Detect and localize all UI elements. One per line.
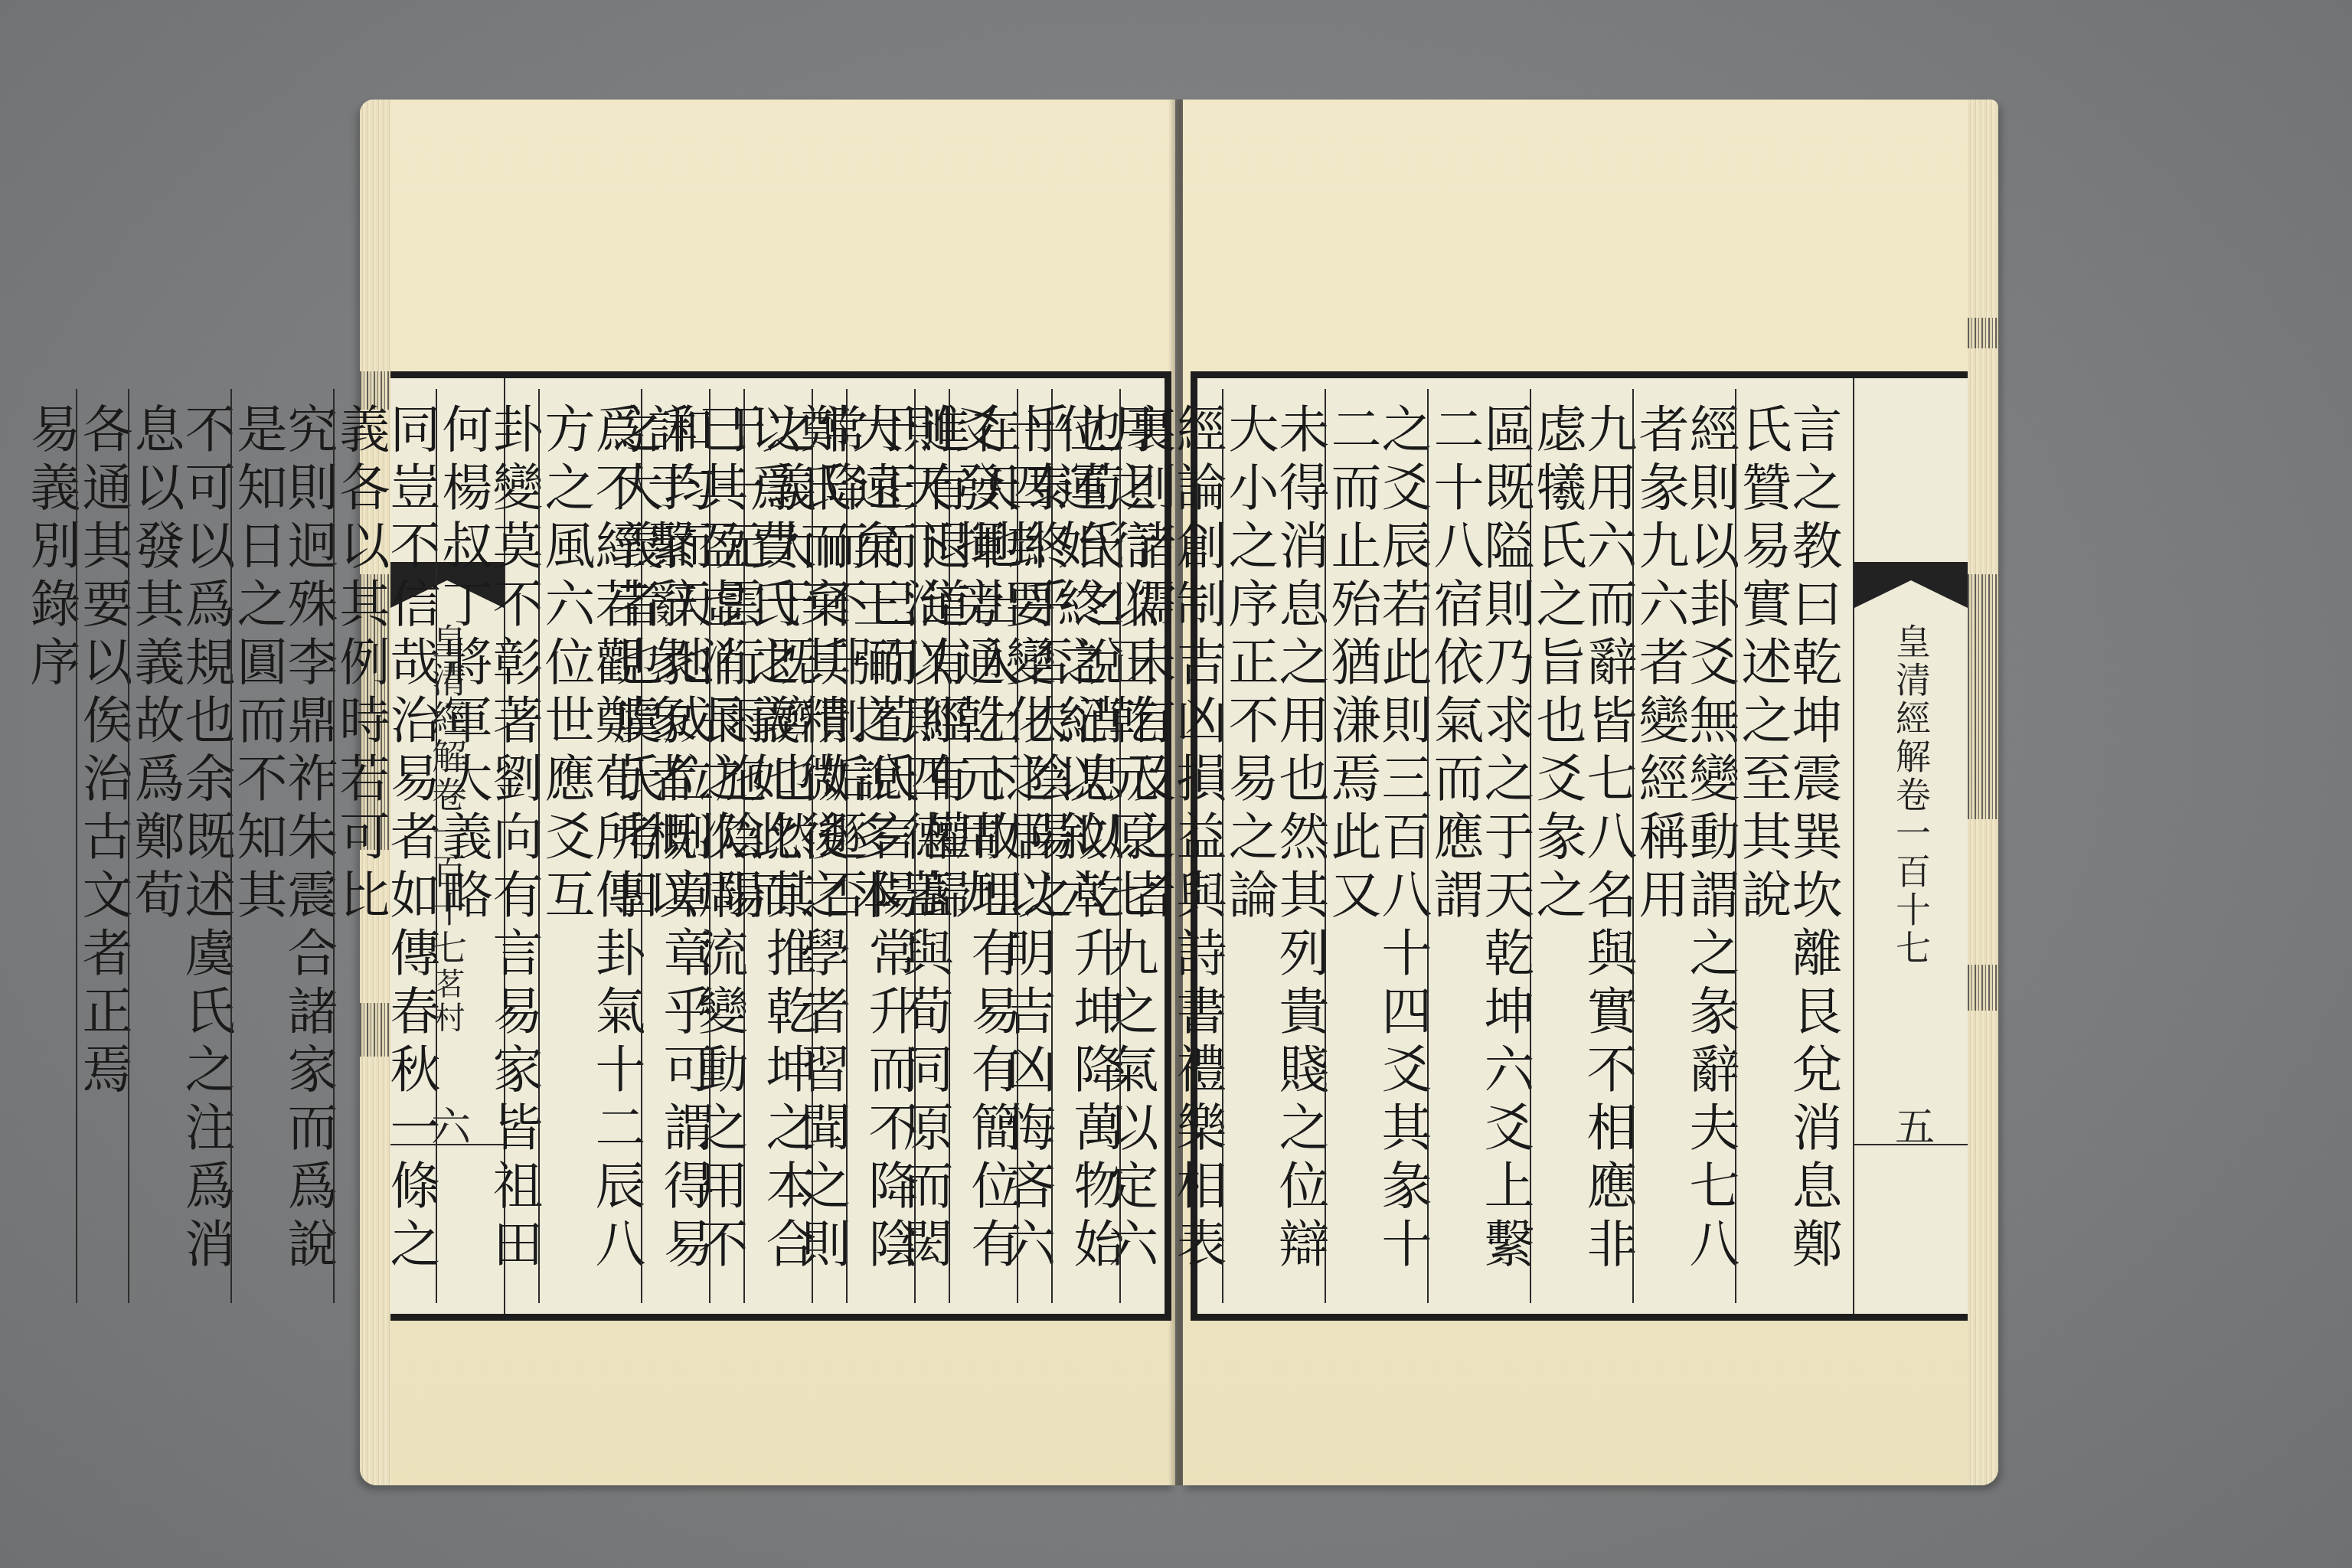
text-column: 區既隘則乃求之于天乾坤六爻上繫二十八宿依氣而應謂 (1427, 389, 1530, 1303)
text-column: 九用六而辭皆七八名與實不相應非虙犧氏之旨也爻彖之 (1530, 389, 1632, 1303)
right-banxin-title: 皇清經解卷一百十七 (1886, 623, 1936, 968)
banxin-divider (1854, 1144, 1968, 1145)
right-banxin: 皇清經解卷一百十七 五 (1853, 378, 1968, 1314)
text-column: 之義大于既濟也然其推乾坤之本合于一元雲行雨施陰陽 (709, 389, 812, 1303)
text-column: 之爻辰若此則三百八十四爻其彖十二而止殆猶溓焉此又 (1325, 389, 1427, 1303)
text-column: 和均而天地成位則章章乎可謂得易之大義者也虞氏考日 (608, 389, 709, 1303)
text-column: 言之教曰乾坤震巽坎離艮兌消息鄭氏贊易實述之至其說 (1735, 389, 1837, 1303)
text-column: 在天地出入上下故理有易有簡位有進有退道有經有權歸 (914, 389, 1017, 1303)
text-column: 經則以卦爻無變動謂之彖辭夫七八者彖九六者變經稱用 (1632, 389, 1735, 1303)
open-book: 皇清經解卷一百十七茗村 六 月之行以正乾元原七九之氣以定六位運始終之紀以敘六 十… (360, 100, 1998, 1485)
text-column: 未得消息之用也然其列貴賤之位辯大小之序正不易之論 (1222, 389, 1325, 1303)
text-column: 也荀氏之說消息以乾升坤降萬物始乎泰終乎否夫陰陽之 (1017, 389, 1119, 1303)
text-column: 同豈不信哉治易者如傳春秋一條之義各以其例時若可比 (333, 389, 436, 1303)
text-column: 究則迥殊李鼎祚朱震合諸家而爲說是知日之圓而不知其 (230, 389, 333, 1303)
right-text-frame: 皇清經解卷一百十七 五 言之教曰乾坤震巽坎離艮兌消息鄭氏贊易實述之至其說 經則以… (1191, 371, 1968, 1321)
right-fore-edge (1968, 100, 1998, 1485)
text-column: 于正而已而荀氏言陽常升而不降陰常降而不升則姤遯否 (812, 389, 914, 1303)
section-title-column: 易義別錄序 (25, 389, 76, 1303)
right-text-columns: 言之教曰乾坤震巽坎離艮兌消息鄭氏贊易實述之至其說 經則以卦爻無變動謂之彖辭夫七八… (1208, 389, 1837, 1303)
text-column: 不可以爲規也余既述虞氏之注爲消息以發其義故爲鄭荀 (128, 389, 230, 1303)
text-column: 經論創制吉凶損益與詩書禮樂相表裏則諸儒未有及之者 (1119, 389, 1222, 1303)
text-column: 各通其要以俟治古文者正焉 (76, 389, 128, 1303)
text-column: 卦變莫不彰著劉向有言易家皆祖田何楊叔丁將軍大義略 (436, 389, 538, 1303)
right-page: 皇清經解卷一百十七 五 言之教曰乾坤震巽坎離艮兌消息鄭氏贊易實述之至其說 經則以… (1183, 100, 1998, 1485)
fishtail-mark-icon (1854, 562, 1968, 608)
right-page-number: 五 (1883, 1106, 1940, 1145)
